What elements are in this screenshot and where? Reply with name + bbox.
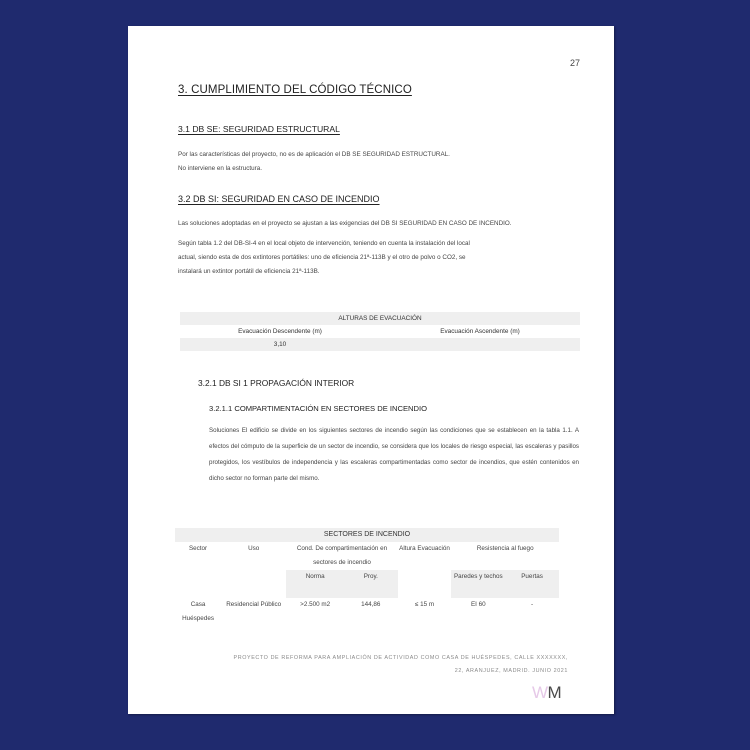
section-3-2-paragraph-2: Según tabla 1.2 del DB-SI-4 en el local …: [178, 237, 598, 279]
header-descendente: Evacuación Descendente (m): [180, 328, 380, 335]
table-header-row: Sector Uso Cond. De compartimentación en…: [175, 542, 559, 570]
cell-altura: ≤ 15 m: [398, 598, 452, 626]
table-title-row: ALTURAS DE EVACUACIÓN: [180, 312, 580, 325]
section-3-2-1-1-paragraph: Soluciones El edificio se divide en los …: [209, 423, 579, 487]
cell-uso: Residencial Público: [221, 598, 286, 626]
paragraph-line: Por las características del proyecto, no…: [178, 148, 578, 162]
table-subheader-row: Norma Proy. Paredes y techos Puertas: [175, 570, 559, 598]
page-footer: PROYECTO DE REFORMA PARA AMPLIACIÓN DE A…: [184, 652, 568, 678]
alturas-evacuacion-table: ALTURAS DE EVACUACIÓN Evacuación Descend…: [180, 312, 580, 351]
logo-letter-m: M: [548, 683, 562, 702]
paragraph-line: No interviene en la estructura.: [178, 162, 578, 176]
table-row: 3,10: [180, 338, 580, 351]
section-3-1-text: Por las características del proyecto, no…: [178, 148, 578, 176]
table-row: Casa Huéspedes Residencial Público >2.50…: [175, 598, 559, 626]
table-title-row: SECTORES DE INCENDIO: [175, 528, 559, 542]
logo-letter-w: W: [532, 683, 548, 702]
section-3-1-heading: 3.1 DB SE: SEGURIDAD ESTRUCTURAL: [178, 124, 340, 134]
header-norma: Norma: [286, 570, 344, 598]
value-descendente: 3,10: [180, 341, 380, 348]
header-altura: Altura Evacuación: [398, 542, 452, 570]
header-proy: Proy.: [344, 570, 398, 598]
empty-cell: [398, 570, 452, 598]
header-puertas: Puertas: [505, 570, 559, 598]
sectores-incendio-table: SECTORES DE INCENDIO Sector Uso Cond. De…: [175, 528, 559, 626]
header-uso: Uso: [221, 542, 286, 570]
cell-sector: Casa Huéspedes: [175, 598, 221, 626]
header-cond: Cond. De compartimentación en sectores d…: [286, 542, 397, 570]
header-sector: Sector: [175, 542, 221, 570]
section-3-2-heading: 3.2 DB SI: SEGURIDAD EN CASO DE INCENDIO: [178, 194, 380, 204]
table-header-row: Evacuación Descendente (m) Evacuación As…: [180, 325, 580, 338]
section-3-2-1-1-heading: 3.2.1.1 COMPARTIMENTACIÓN EN SECTORES DE…: [209, 404, 427, 413]
table-title: SECTORES DE INCENDIO: [175, 528, 559, 542]
document-page: 27 3. CUMPLIMIENTO DEL CÓDIGO TÉCNICO 3.…: [128, 26, 614, 714]
chapter-heading: 3. CUMPLIMIENTO DEL CÓDIGO TÉCNICO: [178, 84, 412, 96]
footer-line: PROYECTO DE REFORMA PARA AMPLIACIÓN DE A…: [184, 652, 568, 665]
section-3-2-paragraph-1: Las soluciones adoptadas en el proyecto …: [178, 217, 598, 231]
paragraph-line: actual, siendo esta de dos extintores po…: [178, 251, 598, 265]
header-ascendente: Evacuación Ascendente (m): [380, 328, 580, 335]
empty-cell: [175, 570, 221, 598]
section-3-2-1-heading: 3.2.1 DB SI 1 PROPAGACIÓN INTERIOR: [198, 378, 354, 388]
page-number: 27: [568, 58, 580, 68]
cell-norma: >2.500 m2: [286, 598, 344, 626]
cell-proy: 144,86: [344, 598, 398, 626]
cell-puertas: -: [505, 598, 559, 626]
wm-logo: WM: [532, 683, 561, 703]
paragraph-line: Según tabla 1.2 del DB-SI-4 en el local …: [178, 237, 598, 251]
header-resistencia: Resistencia al fuego: [451, 542, 559, 570]
header-paredes: Paredes y techos: [451, 570, 505, 598]
table-title: ALTURAS DE EVACUACIÓN: [338, 315, 421, 322]
paragraph-line: instalará un extintor portátil de eficie…: [178, 265, 598, 279]
footer-line: 22, ARANJUEZ, MADRID. JUNIO 2021: [184, 665, 568, 678]
cell-paredes: EI 60: [451, 598, 505, 626]
empty-cell: [221, 570, 286, 598]
